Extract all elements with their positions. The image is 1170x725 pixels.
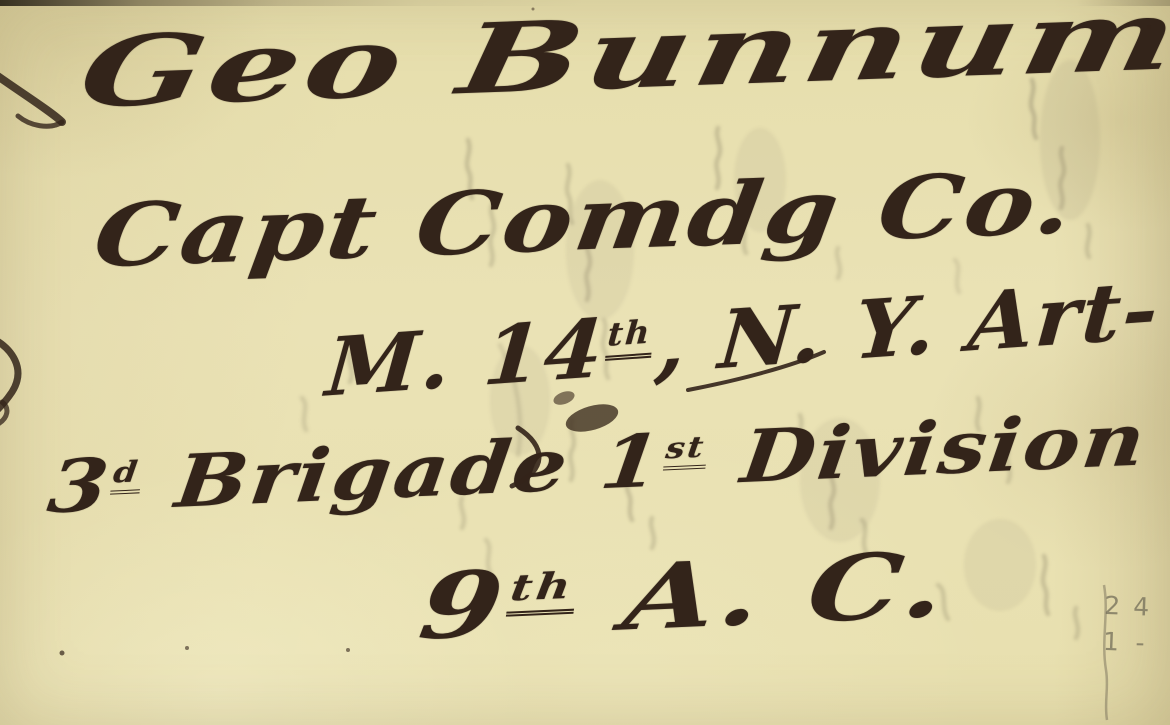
- left-edge-ink-mark: [0, 72, 62, 424]
- handwriting-segment: M. 14: [323, 301, 608, 415]
- corps-line: 9th A. C.: [413, 531, 955, 661]
- ordinal-superscript: st: [663, 429, 710, 471]
- handwriting-segment: , N. Y. Art-: [653, 262, 1163, 392]
- handwriting-segment: 9: [413, 550, 513, 660]
- ordinal-superscript: th: [605, 312, 655, 361]
- unit-line: M. 14th, N. Y. Art-: [323, 262, 1164, 415]
- ordinal-superscript: th: [506, 564, 580, 616]
- rank-line: Capt Comdg Co.: [88, 152, 1081, 288]
- handwriting-segment: A. C.: [573, 531, 956, 654]
- pencil-archival-mark: 4-21: [1112, 591, 1157, 722]
- handwriting-segment: Division: [705, 396, 1152, 501]
- handwriting-segment: Capt Comdg Co.: [88, 152, 1081, 288]
- signature-line: Geo Bunnum: [72, 0, 1170, 130]
- handwriting-segment: Geo Bunnum: [72, 0, 1170, 130]
- brigade-division-line: 3d Brigade 1st Division: [44, 396, 1152, 529]
- ordinal-superscript: d: [110, 454, 144, 495]
- handwriting-segment: Brigade 1: [139, 417, 668, 525]
- manuscript-page: Geo Bunnum Capt Comdg Co. M. 14th, N. Y.…: [0, 0, 1170, 725]
- handwriting-segment: 3: [44, 441, 116, 529]
